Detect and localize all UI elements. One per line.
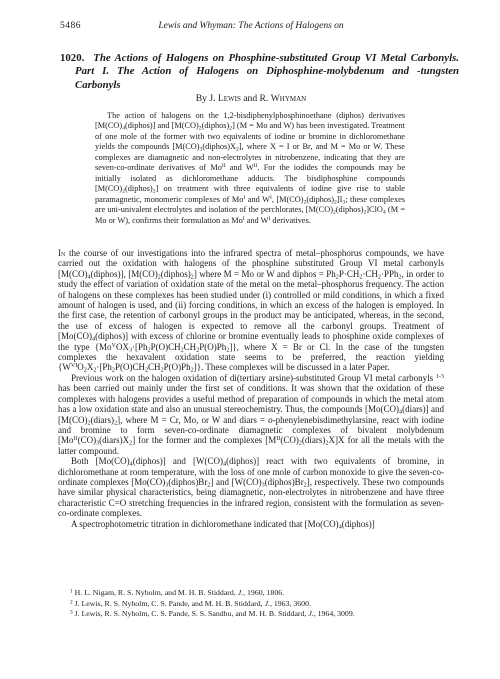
paragraph-1: In the course of our investigations into… [58, 248, 444, 373]
footnote-1: 1 H. L. Nigam, R. S. Nyholm, and M. H. B… [70, 588, 446, 599]
byline: By J. Lewis and R. Whyman [58, 93, 444, 104]
paragraph-2: Previous work on the halogen oxidation o… [58, 373, 444, 456]
article-body: In the course of our investigations into… [58, 248, 444, 529]
page-number: 5486 [60, 21, 81, 32]
article-title-block: 1020.The Actions of Halogens on Phosphin… [60, 52, 459, 92]
footnotes: 1 H. L. Nigam, R. S. Nyholm, and M. H. B… [70, 588, 446, 620]
article-number: 1020. [60, 52, 84, 64]
journal-page: 5486 Lewis and Whyman: The Actions of Ha… [0, 0, 500, 679]
paragraph-3: Both [Mo(CO)4(diphos)] and [W(CO)4(dipho… [58, 456, 444, 518]
footnote-2: 2 J. Lewis, R. S. Nyholm, C. S. Pande, a… [70, 599, 446, 610]
article-title: The Actions of Halogens on Phosphine-sub… [75, 52, 459, 91]
page-header: 5486 Lewis and Whyman: The Actions of Ha… [58, 21, 444, 32]
paragraph-4: A spectrophotometric titration in dichlo… [58, 519, 444, 529]
abstract: The action of halogens on the 1,2-bisdip… [95, 111, 405, 226]
running-title: Lewis and Whyman: The Actions of Halogen… [58, 21, 444, 32]
footnote-3: 3 J. Lewis, R. S. Nyholm, C. S. Pande, S… [70, 609, 446, 620]
